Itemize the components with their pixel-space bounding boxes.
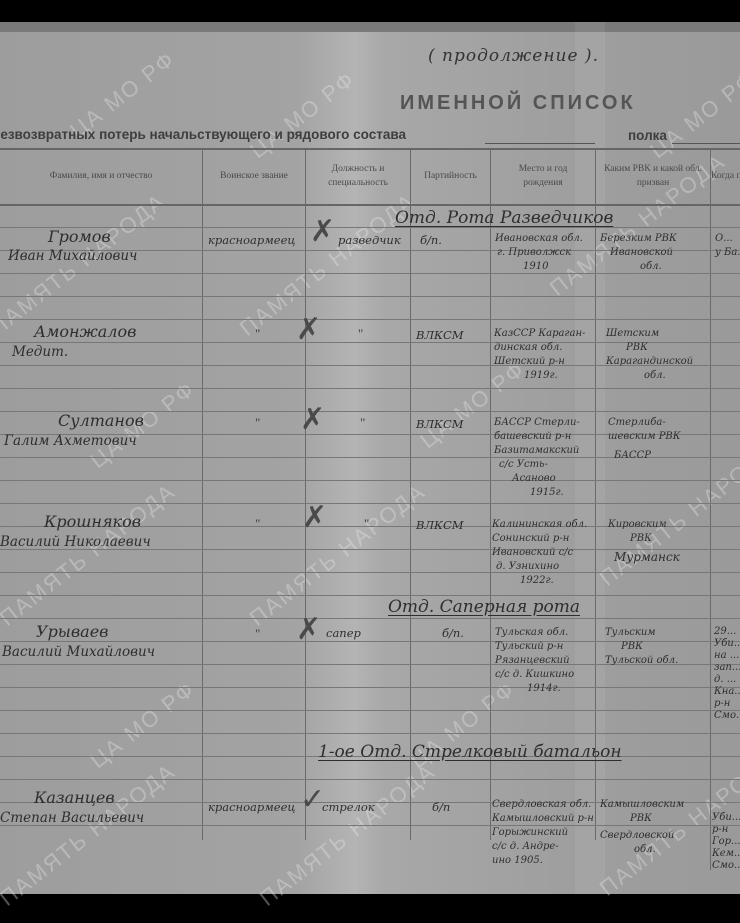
draft-office: Кировским РВК Мурманск — [608, 518, 680, 564]
party: ВЛКСМ — [416, 518, 464, 532]
position-ditto: " — [360, 415, 365, 431]
row-line — [0, 687, 740, 688]
surname: Амонжалов — [34, 322, 136, 341]
party: б/п. — [442, 626, 464, 640]
given-names: Галим Ахметович — [4, 433, 137, 449]
when-column: 29... Уби... на ... зап... д. ... Кна...… — [714, 626, 740, 722]
draft-office: Камышловским РВК Свердловской обл. — [600, 798, 684, 857]
party: б/п — [432, 800, 450, 814]
rank: красноармеец — [208, 800, 295, 814]
column-divider — [710, 150, 711, 870]
row-line — [0, 595, 740, 596]
column-header-rank: Воинское звание — [203, 150, 305, 203]
rank-ditto: " — [255, 326, 260, 342]
section-heading: 1-ое Отд. Стрелковый батальон — [318, 742, 622, 762]
row-line — [0, 388, 740, 389]
column-divider — [410, 150, 411, 840]
column-header-rvk: Каким РВК и какой обл. призван — [596, 150, 710, 203]
checkmark-icon: ✗ — [300, 402, 325, 437]
row-line — [0, 733, 740, 734]
row-line — [0, 503, 740, 504]
draft-office: Шетским РВК Карагандинской обл. — [606, 327, 693, 383]
position: сапер — [326, 626, 361, 640]
draft-office: Тульским РВК Тульской обл. — [605, 626, 678, 668]
blank-line — [485, 143, 595, 144]
column-divider — [595, 150, 596, 840]
blank-line — [672, 143, 740, 144]
checkmark-icon: ✗ — [296, 612, 321, 647]
draft-office: Березким РВК Ивановской обл. — [600, 232, 677, 274]
party: ВЛКСМ — [416, 328, 464, 342]
row-line — [0, 618, 740, 619]
column-divider — [202, 150, 203, 840]
birth-place: Ивановская обл. г. Приволжск 1910 — [495, 232, 583, 274]
birth-place: КазССР Караган- динская обл. Шетский р-н… — [494, 327, 585, 383]
rank: красноармеец — [208, 233, 295, 247]
row-line — [0, 710, 740, 711]
row-line — [0, 779, 740, 780]
given-names: Василий Михайлович — [2, 644, 155, 660]
row-line — [0, 296, 740, 297]
when-column: О... у Ба... — [715, 232, 740, 260]
page-edge — [0, 22, 740, 32]
rank-ditto: " — [255, 626, 260, 642]
column-header-birth: Место и год рождения — [491, 150, 595, 203]
column-header-party: Партийность — [411, 150, 490, 203]
checkmark-icon: ✗ — [310, 214, 335, 249]
position-ditto: " — [358, 326, 363, 342]
regiment-label: полка — [628, 128, 667, 143]
watermark: ЦА МО РФ — [85, 676, 200, 774]
surname: Урываев — [36, 622, 108, 641]
birth-place: Тульская обл. Тульский р-н Рязанцевский … — [495, 626, 574, 696]
position: разведчик — [338, 233, 401, 247]
birth-place: БАССР Стерли- башевский р-н Базитамакски… — [494, 416, 580, 500]
watermark: ПАМЯТЬ НАРОДА — [255, 758, 441, 911]
header-bottom-border — [0, 204, 740, 206]
given-names: Иван Михайлович — [8, 248, 137, 264]
position-ditto: " — [364, 516, 369, 532]
given-names: Медит. — [12, 344, 68, 360]
position: стрелок — [322, 800, 375, 814]
column-header-name: Фамилия, имя и отчество — [0, 150, 202, 203]
document-subtitle: безвозвратных потерь начальствующего и р… — [0, 127, 406, 142]
section-heading: Отд. Рота Разведчиков — [395, 208, 613, 228]
surname: Крошняков — [44, 512, 141, 531]
when-column: Уби... р-н Гор... Кем... Смо... — [712, 812, 740, 872]
surname: Казанцев — [34, 788, 115, 807]
birth-place: Свердловская обл. Камышловский р-н Горыж… — [492, 798, 594, 868]
row-line — [0, 572, 740, 573]
watermark: ПАМЯТЬ НАРОДА — [0, 478, 181, 631]
column-divider — [490, 150, 491, 840]
document-title: ИМЕННОЙ СПИСОК — [400, 92, 636, 115]
rank-ditto: " — [255, 415, 260, 431]
party: ВЛКСМ — [416, 417, 464, 431]
column-header-position: Должность и специальность — [306, 150, 410, 203]
column-header-when: Когда про... — [711, 150, 740, 203]
checkmark-icon: ✗ — [302, 500, 327, 535]
surname: Громов — [48, 227, 111, 246]
rank-ditto: " — [255, 516, 260, 532]
checkmark-icon: ✗ — [296, 312, 321, 347]
given-names: Василий Николаевич — [0, 534, 151, 550]
given-names: Степан Васильевич — [0, 810, 144, 826]
handwritten-annotation: ( продолжение ). — [428, 46, 599, 66]
watermark: ПАМЯТЬ НАРОДА — [0, 758, 181, 911]
row-line — [0, 227, 740, 228]
party: б/п. — [420, 233, 442, 247]
section-heading: Отд. Саперная рота — [388, 597, 580, 617]
column-divider — [305, 150, 306, 840]
row-line — [0, 319, 740, 320]
document-sheet: ЦА МО РФ ЦА МО РФ ЦА МО РФ ПАМЯТЬ НАРОДА… — [0, 22, 740, 894]
row-line — [0, 480, 740, 481]
birth-place: Калининская обл. Сонинский р-н Ивановски… — [492, 518, 587, 588]
draft-office: Стерлиба- шевским РВК БАССР — [608, 416, 681, 463]
surname: Султанов — [58, 411, 144, 430]
